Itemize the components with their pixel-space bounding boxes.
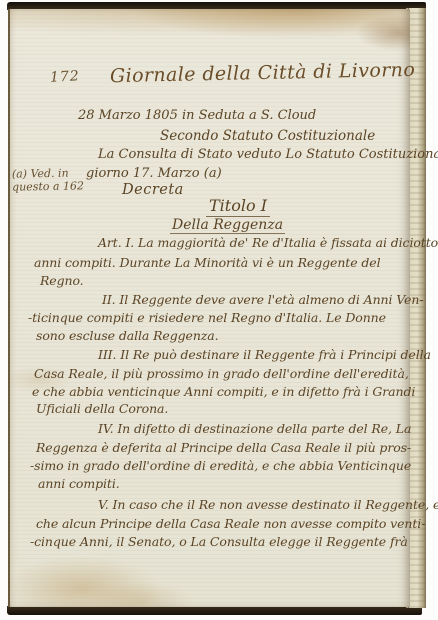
folio-number: 172 — [50, 68, 81, 86]
article-line: sono escluse dalla Reggenza. — [36, 328, 219, 343]
article-line: che alcun Principe della Casa Reale non … — [36, 516, 425, 531]
section-subheading: Della Reggenza — [170, 217, 285, 234]
article-line: -ticinque compiti e risiedere nel Regno … — [28, 310, 386, 325]
session-dateline: 28 Marzo 1805 in Seduta a S. Cloud — [78, 108, 316, 123]
article-line: II. Il Reggente deve avere l'età almeno … — [102, 292, 423, 307]
page-title: Giornale della Città di Livorno — [110, 59, 416, 87]
article-line: -cinque Anni, il Senato, o La Consulta e… — [30, 534, 408, 549]
manuscript-page: 172 Giornale della Città di Livorno 28 M… — [8, 9, 410, 607]
article-line: Reggenza è deferita al Principe della Ca… — [36, 440, 411, 455]
manuscript-scan: 172 Giornale della Città di Livorno 28 M… — [0, 0, 438, 620]
margin-note: (a) Ved. in questo a 162 — [12, 166, 84, 193]
article-line: Art. I. La maggiorità de' Re d'Italia è … — [98, 235, 438, 250]
article-line: anni compiti. — [38, 476, 120, 491]
statute-subtitle: Secondo Statuto Costituzionale — [160, 128, 375, 144]
section-heading: Titolo I — [206, 196, 270, 217]
book-edge-bottom — [7, 606, 422, 615]
preamble-line-1: La Consulta di Stato veduto Lo Statuto C… — [98, 147, 438, 162]
article-line: Uficiali della Corona. — [36, 401, 168, 416]
article-line: e che abbia venticinque Anni compiti, e … — [32, 384, 415, 399]
decree-word: Decreta — [122, 182, 184, 198]
article-line: Casa Reale, il più prossimo in grado del… — [34, 366, 409, 381]
preamble-line-2: giorno 17. Marzo (a) — [86, 166, 222, 181]
article-line: anni compiti. Durante La Minorità vi è u… — [34, 255, 380, 270]
margin-note-line-2: questo a 162 — [12, 179, 84, 193]
article-line: IV. In difetto di destinazione della par… — [98, 421, 411, 436]
margin-note-line-1: (a) Ved. in — [12, 166, 84, 180]
article-line: -simo in grado dell'ordine di eredità, e… — [30, 458, 411, 473]
article-line: Regno. — [40, 273, 84, 288]
article-line: III. Il Re può destinare il Reggente frà… — [98, 347, 431, 362]
article-line: V. In caso che il Re non avesse destinat… — [98, 497, 438, 512]
